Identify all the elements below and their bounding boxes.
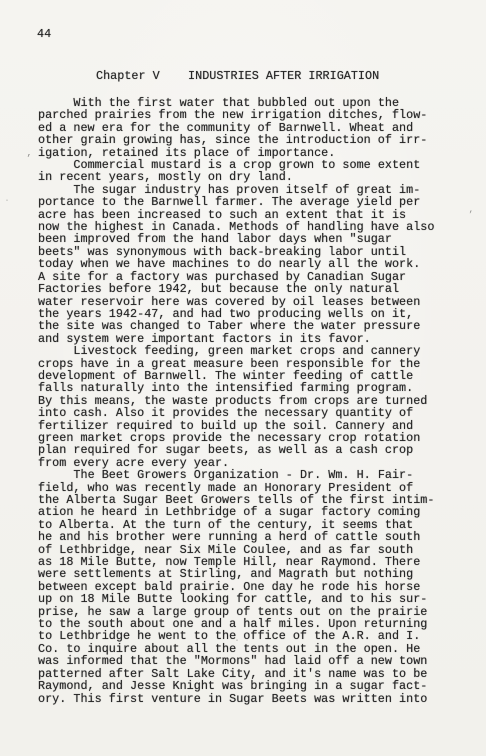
chapter-heading: Chapter V INDUSTRIES AFTER IRRIGATION — [96, 70, 379, 82]
page-number: 44 — [37, 28, 51, 40]
paragraph: Commercial mustard is a crop grown to so… — [38, 159, 468, 184]
document-page: 44 Chapter V INDUSTRIES AFTER IRRIGATION… — [0, 0, 486, 756]
scan-artifact: · — [4, 196, 10, 207]
scan-artifact: ’ — [468, 210, 473, 220]
paragraph: The sugar industry has proven itself of … — [38, 184, 468, 345]
paragraph: Livestock feeding, green market crops an… — [38, 345, 468, 469]
scan-artifact: ‚ — [26, 148, 32, 159]
paragraph: With the first water that bubbled out up… — [38, 97, 468, 159]
body-text: With the first water that bubbled out up… — [38, 97, 468, 705]
paragraph: The Beet Growers Organization - Dr. Wm. … — [38, 469, 468, 705]
